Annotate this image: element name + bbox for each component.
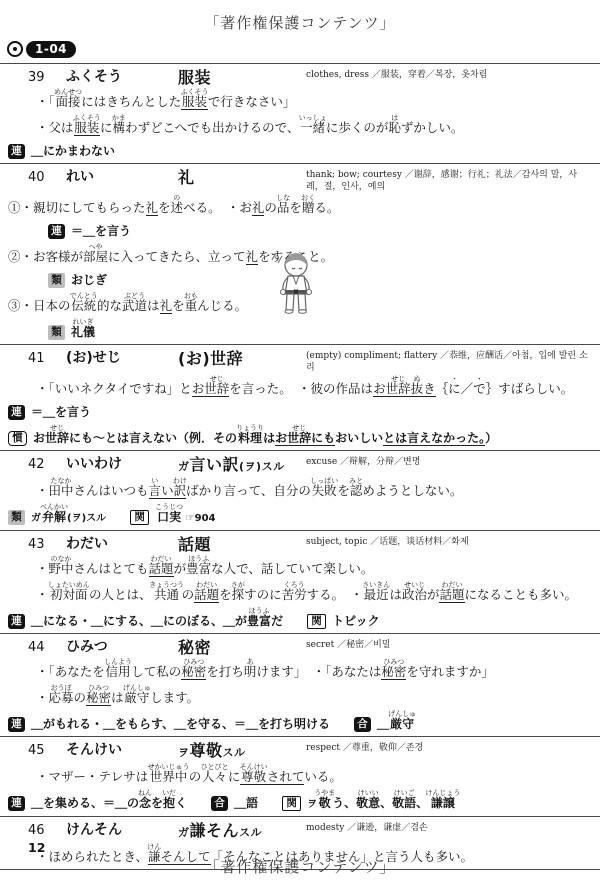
headword-kanji: ガ言い訳(ヲ)スル <box>178 455 306 476</box>
headword-kanji: ヲ尊敬スル <box>178 741 306 762</box>
headword-kana: ひみつ <box>66 638 178 657</box>
badge-kanrel: 関 <box>307 614 326 629</box>
textbook-page: 「著作権保護コンテンツ」 1-04 39ふくそう服装clothes, dress… <box>0 0 600 889</box>
example-sentence: ・応募おうぼの秘密ひみつは厳守げんしゅします。 <box>0 684 600 710</box>
header-watermark: 「著作権保護コンテンツ」 <box>0 12 600 33</box>
example-sentence: ・初対面しょたいめんの人とは、共通きょうつうの話題わだいを探さがすのに苦労くろう… <box>0 581 600 607</box>
entry-44: 44ひみつ秘密secret ／秘密／비밀・「あなたを信用しんようして私の秘密ひみ… <box>0 633 600 736</box>
gloss: subject, topic ／话题，谈话材料／화제 <box>306 535 600 549</box>
badge-ren: 連 <box>8 717 25 732</box>
headword-kanji: 秘密 <box>178 638 306 657</box>
example-sentence: ・父は服装ふくそうに構かまわずどこへでも出かけるので、一緒いっしょに歩くのが恥は… <box>0 114 600 140</box>
entries: 39ふくそう服装clothes, dress ／服装，穿着／복장，옷차림・「面接… <box>0 63 600 870</box>
audio-track-label: 1-04 <box>26 41 76 58</box>
entry-head: 46けんそんガ謙そんスルmodesty ／谦逊，谦虚／겸손 <box>0 817 600 843</box>
headword-kanji: ガ謙そんスル <box>178 821 306 842</box>
cd-icon <box>7 41 23 57</box>
headword-kana: れい <box>66 168 178 187</box>
footer-watermark: 「著作権保護コンテンツ」 <box>0 856 600 877</box>
relation-line: 連＿になる・＿にする、＿にのぼる、＿が豊富ほうふだ 関トピック <box>0 607 600 633</box>
entry-number: 45 <box>28 741 66 760</box>
relation-line: 類礼儀れいぎ <box>0 318 600 344</box>
entry-42: 42いいわけガ言い訳(ヲ)スルexcuse ／辩解，分辩／변명・田中たなかさんは… <box>0 450 600 530</box>
entry-head: 45そんけいヲ尊敬スルrespect ／尊重，敬仰／존경 <box>0 737 600 763</box>
badge-ren: 連 <box>48 224 65 239</box>
headword-kana: わだい <box>66 535 178 554</box>
entry-number: 42 <box>28 455 66 474</box>
entry-number: 44 <box>28 638 66 657</box>
relation-line: 連＝＿を言う <box>0 220 600 243</box>
entry-number: 40 <box>28 168 66 187</box>
relation-line: 慣お世辞せじにも～とは言えない（例．その料理りょうりはお世辞せじにもおいしいとは… <box>0 424 600 450</box>
entry-39: 39ふくそう服装clothes, dress ／服装，穿着／복장，옷차림・「面接… <box>0 63 600 163</box>
headword-kana: そんけい <box>66 741 178 760</box>
headword-kanji: 服装 <box>178 68 306 87</box>
entry-41: 41(お)せじ(お)世辞(empty) compliment; flattery… <box>0 344 600 450</box>
entry-number: 46 <box>28 821 66 840</box>
badge-kanyo: 慣 <box>8 431 27 446</box>
gloss: clothes, dress ／服装，穿着／복장，옷차림 <box>306 68 600 82</box>
page-number: 12 <box>28 840 45 855</box>
headword-kanji: 礼 <box>178 168 306 187</box>
badge-kanrel: 関 <box>130 510 149 525</box>
badge-kanrel: 関 <box>282 796 301 811</box>
entry-43: 43わだい話題subject, topic ／话题，谈话材料／화제・野中のなかさ… <box>0 530 600 633</box>
badge-rui: 類 <box>48 273 65 288</box>
relation-line: 連＿にかまわない <box>0 140 600 163</box>
example-sentence: ・「面接めんせつにはきちんとした服装ふくそうで行きなさい」 <box>0 88 600 114</box>
entry-45: 45そんけいヲ尊敬スルrespect ／尊重，敬仰／존경・マザー・テレサは世界中… <box>0 736 600 816</box>
entry-head: 42いいわけガ言い訳(ヲ)スルexcuse ／辩解，分辩／변명 <box>0 451 600 477</box>
headword-kana: けんそん <box>66 821 178 840</box>
bowing-child-illustration <box>268 250 320 314</box>
badge-gou: 合 <box>354 717 371 732</box>
relation-line: 連＝＿を言う <box>0 401 600 424</box>
gloss: respect ／尊重，敬仰／존경 <box>306 741 600 755</box>
gloss: excuse ／辩解，分辩／변명 <box>306 455 600 469</box>
gloss: (empty) compliment; flattery ／恭维，应酬话／아첨，… <box>306 349 600 374</box>
badge-rui: 類 <box>48 325 65 340</box>
entry-number: 39 <box>28 68 66 87</box>
example-sentence: ・「いいネクタイですね」とお世辞せじを言った。 ・彼の作品はお世辞せじ抜ぬき｛に… <box>0 375 600 401</box>
relation-line: 連＿を集める、＝＿の念ねんを抱いだく 合＿語 関ヲ敬うやまう、敬意けいい、敬語け… <box>0 789 600 816</box>
headword-kana: (お)せじ <box>66 349 178 368</box>
entry-number: 43 <box>28 535 66 554</box>
entry-head: 41(お)せじ(お)世辞(empty) compliment; flattery… <box>0 345 600 375</box>
entry-number: 41 <box>28 349 66 368</box>
audio-track-badge: 1-04 <box>7 40 600 58</box>
badge-rui: 類 <box>8 510 25 525</box>
badge-ren: 連 <box>8 144 25 159</box>
headword-kana: ふくそう <box>66 68 178 87</box>
example-sentence: ・田中たなかさんはいつも言いい訳わけばかり言って、自分の失敗しっぱいを認みとめよ… <box>0 477 600 503</box>
example-sentence: ・野中のなかさんはとても話題わだいが豊富ほうふな人で、話していて楽しい。 <box>0 555 600 581</box>
example-sentence: ・マザー・テレサは世界中せかいじゅうの人々ひとびとに尊敬そんけいされている。 <box>0 763 600 789</box>
headword-kanji: 話題 <box>178 535 306 554</box>
example-sentence: ①・親切にしてもらった礼を述のべる。 ・お礼の品しなを贈おくる。 <box>0 194 600 220</box>
badge-ren: 連 <box>8 405 25 420</box>
example-sentence: ・「あなたを信用しんようして私の秘密ひみつを打ち明あけます」 ・「あなたは秘密ひ… <box>0 658 600 684</box>
entry-head: 39ふくそう服装clothes, dress ／服装，穿着／복장，옷차림 <box>0 64 600 88</box>
headword-kana: いいわけ <box>66 455 178 474</box>
badge-ren: 連 <box>8 796 25 811</box>
relation-line: 類ガ弁解べんかい(ヲ)スル 関口実こうじつ ☞904 <box>0 503 600 530</box>
entry-40: 40れい礼thank; bow; courtesy ／谢辞，感谢；行礼；礼法／감… <box>0 163 600 344</box>
relation-line: 連＿がもれる・＿をもらす、＿を守る、＝＿を打ち明ける 合＿厳守げんしゅ <box>0 710 600 736</box>
headword-kanji: (お)世辞 <box>178 349 306 368</box>
gloss: thank; bow; courtesy ／谢辞，感谢；行礼；礼法／감사의 말，… <box>306 168 600 193</box>
badge-ren: 連 <box>8 614 25 629</box>
entry-head: 40れい礼thank; bow; courtesy ／谢辞，感谢；行礼；礼法／감… <box>0 164 600 194</box>
entry-head: 43わだい話題subject, topic ／话题，谈话材料／화제 <box>0 531 600 555</box>
badge-gou: 合 <box>211 796 228 811</box>
gloss: secret ／秘密／비밀 <box>306 638 600 652</box>
entry-head: 44ひみつ秘密secret ／秘密／비밀 <box>0 634 600 658</box>
gloss: modesty ／谦逊，谦虚／겸손 <box>306 821 600 835</box>
